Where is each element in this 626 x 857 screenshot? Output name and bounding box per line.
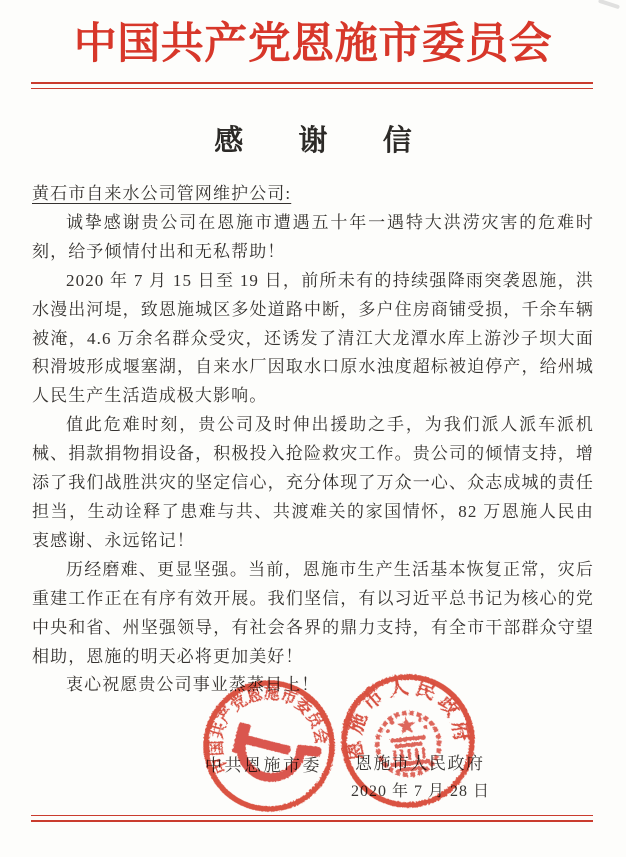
org-title: 中国共产党恩施市委员会	[0, 10, 626, 71]
letter-title: 感 谢 信	[0, 118, 626, 159]
header-rule	[31, 82, 593, 89]
addressee-line: 黄石市自来水公司管网维护公司:	[32, 180, 594, 209]
gov-seal-arc-text: 恩施市人民政府	[336, 669, 476, 764]
scan-smudge	[598, 0, 620, 9]
national-emblem-icon	[374, 710, 442, 778]
paragraph-2: 2020 年 7 月 15 日至 19 日，前所未有的持续强降雨突袭恩施，洪水漫…	[32, 267, 594, 412]
letter-title-text: 感 谢 信	[214, 125, 436, 157]
letter-body: 黄石市自来水公司管网维护公司: 诚挚感谢贵公司在恩施市遭遇五十年一遇特大洪涝灾害…	[32, 180, 594, 700]
addressee-text: 黄石市自来水公司管网维护公司:	[32, 184, 291, 203]
paragraph-3: 值此危难时刻，贵公司及时伸出援助之手，为我们派人派车派机械、捐款捐物捐设备，积极…	[32, 411, 594, 556]
paragraph-4: 历经磨难、更显坚强。当前，恩施市生产生活基本恢复正常，灾后重建工作正在有序有效开…	[32, 556, 594, 672]
letter-page: 中国共产党恩施市委员会 感 谢 信 黄石市自来水公司管网维护公司: 诚挚感谢贵公…	[0, 0, 626, 857]
footer-rule	[31, 815, 593, 822]
gov-seal-stamp: 恩施市人民政府	[331, 664, 485, 818]
paragraph-1: 诚挚感谢贵公司在恩施市遭遇五十年一遇特大洪涝灾害的危难时刻，给予倾情付出和无私帮…	[32, 209, 594, 267]
